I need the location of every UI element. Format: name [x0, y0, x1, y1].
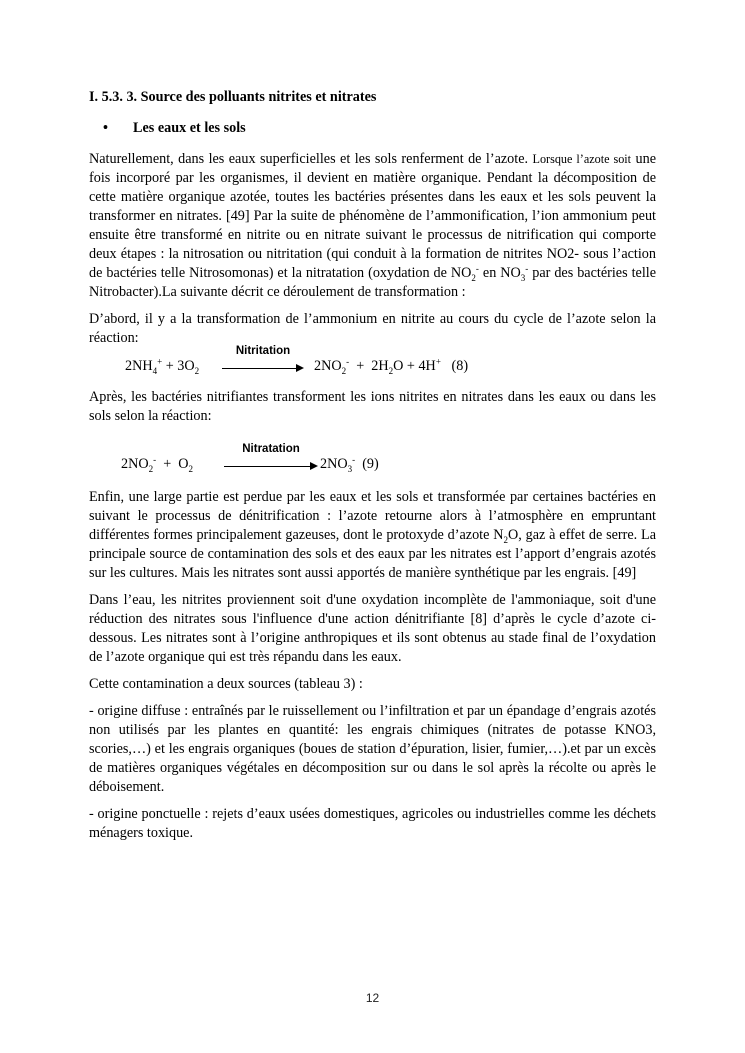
equation-lhs: 2NO2- + O2	[121, 455, 193, 474]
paragraph-apres: Après, les bactéries nitrifiantes transf…	[89, 388, 656, 426]
arrow-label: Nitritation	[222, 342, 304, 361]
arrow-icon	[224, 466, 316, 467]
page-number: 12	[0, 991, 745, 1005]
paragraph-origine-ponctuelle: - origine ponctuelle : rejets d’eaux usé…	[89, 805, 656, 843]
equation-nitratation: 2NO2- + O2 Nitratation 2NO3- (9)	[89, 440, 656, 480]
paragraph-contamination: Cette contamination a deux sources (tabl…	[89, 675, 656, 694]
arrow-icon	[222, 368, 302, 369]
paragraph-dans-leau: Dans l’eau, les nitrites proviennent soi…	[89, 591, 656, 667]
paragraph-intro: Naturellement, dans les eaux superficiel…	[89, 150, 656, 302]
bullet-subheading: • Les eaux et les sols	[89, 119, 656, 138]
equation-nitritation: 2NH4+ + 3O2 Nitritation 2NO2- + 2H2O + 4…	[89, 342, 656, 380]
paragraph-enfin: Enfin, une large partie est perdue par l…	[89, 488, 656, 583]
equation-rhs: 2NO2- + 2H2O + 4H+ (8)	[314, 357, 468, 376]
section-heading: I. 5.3. 3. Source des polluants nitrites…	[89, 88, 656, 107]
page-content: I. 5.3. 3. Source des polluants nitrites…	[89, 88, 656, 851]
bullet-icon: •	[103, 119, 133, 138]
paragraph-origine-diffuse: - origine diffuse : entraînés par le rui…	[89, 702, 656, 797]
equation-rhs: 2NO3- (9)	[320, 455, 379, 474]
document-page: I. 5.3. 3. Source des polluants nitrites…	[0, 0, 745, 1053]
subheading-label: Les eaux et les sols	[133, 119, 246, 138]
equation-lhs: 2NH4+ + 3O2	[125, 357, 199, 376]
arrow-label: Nitratation	[224, 440, 318, 459]
